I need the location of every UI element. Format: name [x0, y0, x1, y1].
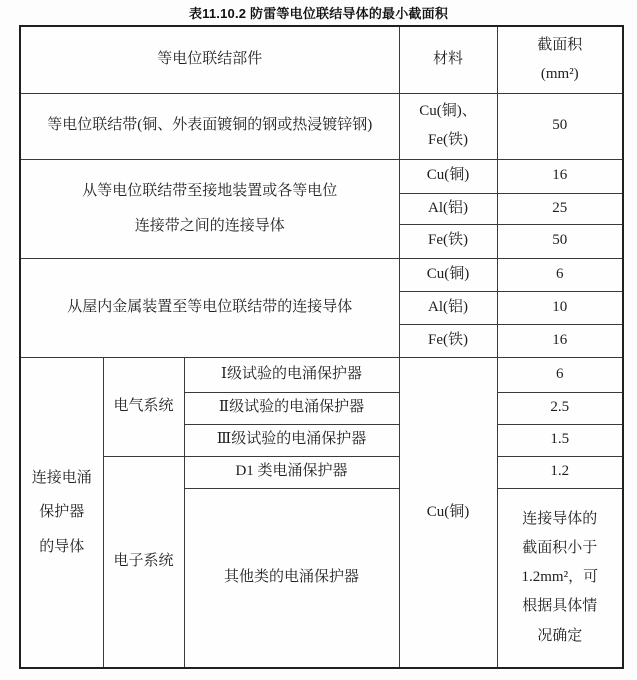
row-bonding-bar: 等电位联结带(铜、外表面镀铜的钢或热浸镀锌钢) Cu(铜)、 Fe(铁) 50: [20, 93, 623, 159]
cell-indoor-metal-material-al: Al(铝): [399, 291, 497, 324]
cell-spd-electrical-label: 电气系统: [103, 357, 184, 456]
cell-spd-electrical-area-2: 2.5: [497, 392, 623, 424]
header-material: 材料: [399, 26, 497, 93]
cell-bonding-bar-material: Cu(铜)、 Fe(铁): [399, 93, 497, 159]
cell-bar-to-earth-material-al: Al(铝): [399, 193, 497, 224]
header-row: 等电位联结部件 材料 截面积 (mm²): [20, 26, 623, 93]
header-area: 截面积 (mm²): [497, 26, 623, 93]
cell-indoor-metal-material-cu: Cu(铜): [399, 258, 497, 291]
row-spd-electrical-1: 连接电涌 保护器 的导体 电气系统 Ⅰ级试验的电涌保护器 Cu(铜) 6: [20, 357, 623, 392]
cell-bar-to-earth-area-al: 25: [497, 193, 623, 224]
cell-spd-electronic-area-d1: 1.2: [497, 456, 623, 488]
cell-bar-to-earth-area-cu: 16: [497, 159, 623, 193]
cell-bar-to-earth-material-fe: Fe(铁): [399, 224, 497, 258]
cell-spd-part: 连接电涌 保护器 的导体: [20, 357, 103, 668]
cell-spd-electrical-area-1: 6: [497, 357, 623, 392]
cell-bar-to-earth-material-cu: Cu(铜): [399, 159, 497, 193]
cell-spd-electrical-area-3: 1.5: [497, 424, 623, 456]
cell-bonding-bar-area: 50: [497, 93, 623, 159]
cell-spd-material: Cu(铜): [399, 357, 497, 668]
cell-spd-electrical-device-3: Ⅲ级试验的电涌保护器: [184, 424, 399, 456]
cell-bonding-bar-part: 等电位联结带(铜、外表面镀铜的钢或热浸镀锌钢): [20, 93, 399, 159]
cell-spd-electronic-device-other: 其他类的电涌保护器: [184, 488, 399, 668]
cell-indoor-metal-material-fe: Fe(铁): [399, 324, 497, 357]
header-part: 等电位联结部件: [20, 26, 399, 93]
row-spd-electronic-d1: 电子系统 D1 类电涌保护器 1.2: [20, 456, 623, 488]
table-title: 表11.10.2 防雷等电位联结导体的最小截面积: [0, 3, 637, 22]
cell-spd-electronic-area-other: 连接导体的 截面积小于 1.2mm²，可 根据具体情 况确定: [497, 488, 623, 668]
cell-spd-electrical-device-2: Ⅱ级试验的电涌保护器: [184, 392, 399, 424]
cell-indoor-metal-area-fe: 16: [497, 324, 623, 357]
cell-spd-electronic-label: 电子系统: [103, 456, 184, 668]
cell-indoor-metal-area-al: 10: [497, 291, 623, 324]
row-bar-to-earth-cu: 从等电位联结带至接地装置或各等电位 连接带之间的连接导体 Cu(铜) 16: [20, 159, 623, 193]
cell-bar-to-earth-area-fe: 50: [497, 224, 623, 258]
cell-indoor-metal-area-cu: 6: [497, 258, 623, 291]
cell-bar-to-earth-part: 从等电位联结带至接地装置或各等电位 连接带之间的连接导体: [20, 159, 399, 258]
bonding-conductor-table: 等电位联结部件 材料 截面积 (mm²) 等电位联结带(铜、外表面镀铜的钢或热浸…: [19, 25, 624, 669]
cell-indoor-metal-part: 从屋内金属装置至等电位联结带的连接导体: [20, 258, 399, 357]
cell-spd-electrical-device-1: Ⅰ级试验的电涌保护器: [184, 357, 399, 392]
cell-spd-electronic-device-d1: D1 类电涌保护器: [184, 456, 399, 488]
row-indoor-metal-cu: 从屋内金属装置至等电位联结带的连接导体 Cu(铜) 6: [20, 258, 623, 291]
